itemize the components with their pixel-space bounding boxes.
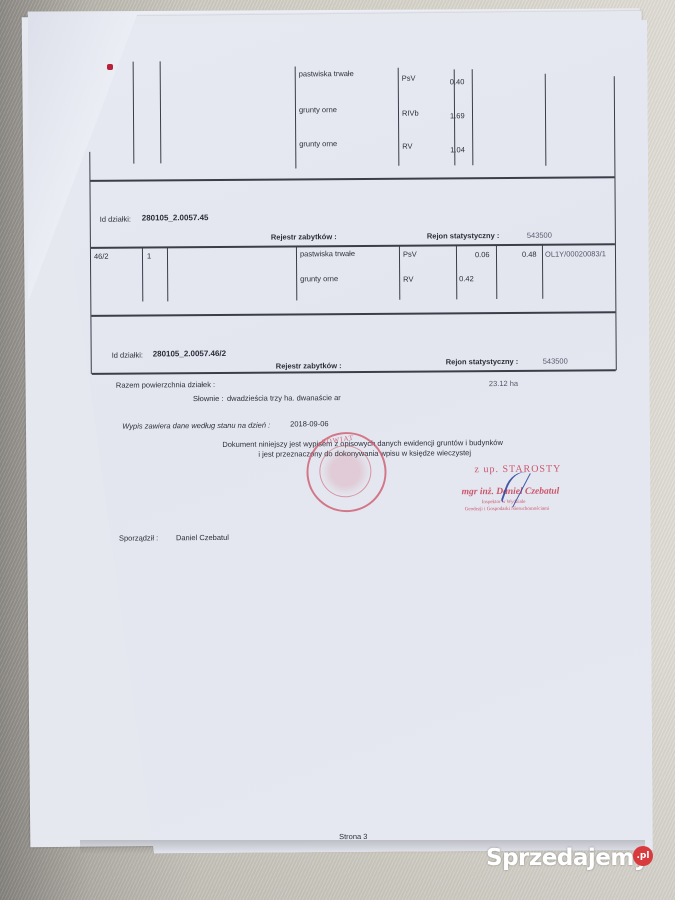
prepared-by-value: Daniel Czebatul	[176, 534, 229, 542]
area-cell: 1.04	[450, 146, 465, 154]
statistical-region-label: Rejon statystyczny :	[427, 232, 500, 240]
area-in-words-value: dwadzieścia trzy ha. dwanaście ar	[227, 394, 341, 402]
row-separator	[91, 243, 615, 248]
parcel-id-value: 280105_2.0057.45	[142, 214, 209, 222]
area-cell: 0.42	[459, 275, 474, 283]
state-date-label: Wypis zawiera dane według stanu na dzień…	[122, 422, 270, 431]
column-divider	[160, 61, 162, 163]
area-cell: 0.40	[450, 78, 465, 86]
parcel-total-area-cell: 0.48	[522, 251, 537, 259]
column-divider	[167, 247, 168, 301]
state-date-value: 2018-09-06	[290, 420, 328, 428]
sprzedajemy-watermark: Sprzedajemy	[486, 845, 648, 871]
soil-class-cell: RV	[402, 143, 412, 151]
area-in-words-label: Słownie :	[193, 395, 223, 403]
table-right-border	[614, 76, 617, 370]
column-divider	[398, 68, 400, 166]
area-cell: 1.69	[450, 112, 465, 120]
column-divider	[399, 246, 400, 300]
column-divider	[545, 74, 547, 166]
page-number: 3	[363, 832, 367, 841]
column-divider	[472, 69, 474, 165]
total-area-label: Razem powierzchnia działek :	[116, 381, 215, 389]
land-use-cell: grunty orne	[300, 275, 338, 283]
area-cell: 0.06	[475, 251, 490, 259]
monument-register-label: Rejestr zabytków :	[276, 362, 342, 370]
statistical-region-label: Rejon statystyczny :	[446, 358, 519, 366]
watermark-tld-badge: .pl	[633, 846, 653, 866]
statistical-region-value: 543500	[527, 232, 552, 240]
column-divider	[295, 66, 297, 168]
soil-class-cell: RV	[403, 276, 413, 284]
unit-number-cell: 1	[147, 252, 151, 260]
document-content: pastwiska trwałe PsV 0.40 grunty orne RI…	[0, 0, 675, 900]
monument-register-label: Rejestr zabytków :	[271, 233, 337, 241]
page-number-label: Strona 3	[339, 833, 367, 841]
page-label: Strona	[339, 832, 361, 841]
soil-class-cell: RIVb	[402, 110, 419, 118]
column-divider	[296, 246, 297, 300]
row-separator	[91, 311, 615, 316]
red-ink-mark	[107, 64, 113, 70]
land-use-cell: grunty orne	[299, 140, 337, 148]
table-bottom-border	[92, 369, 616, 374]
land-use-cell: pastwiska trwałe	[300, 250, 355, 258]
parcel-number-cell: 46/2	[94, 253, 109, 261]
soil-class-cell: PsV	[403, 251, 417, 259]
authority-stamp-department: Geodezji i Gospodarki Nieruchomościami	[465, 507, 550, 513]
statistical-region-value: 543500	[543, 358, 568, 366]
prepared-by-label: Sporządził :	[119, 534, 158, 542]
total-area-value: 23.12 ha	[489, 380, 518, 388]
parcel-id-value: 280105_2.0057.46/2	[153, 350, 226, 359]
parcel-id-label: Id działki:	[100, 216, 131, 224]
soil-class-cell: PsV	[402, 75, 416, 83]
column-divider	[496, 245, 497, 299]
column-divider	[133, 62, 135, 164]
stamp-ring-text: POWIAT	[321, 434, 354, 447]
land-register-number-cell: OL1Y/00020083/1	[545, 250, 606, 258]
column-divider	[142, 248, 143, 302]
column-divider	[456, 245, 457, 299]
column-divider	[542, 245, 543, 299]
parcel-id-label: Id działki:	[112, 352, 143, 360]
table-left-border	[89, 152, 92, 374]
row-separator	[90, 176, 614, 181]
land-use-cell: pastwiska trwałe	[299, 70, 354, 78]
eagle-emblem-icon	[316, 442, 375, 501]
land-use-cell: grunty orne	[299, 106, 337, 114]
